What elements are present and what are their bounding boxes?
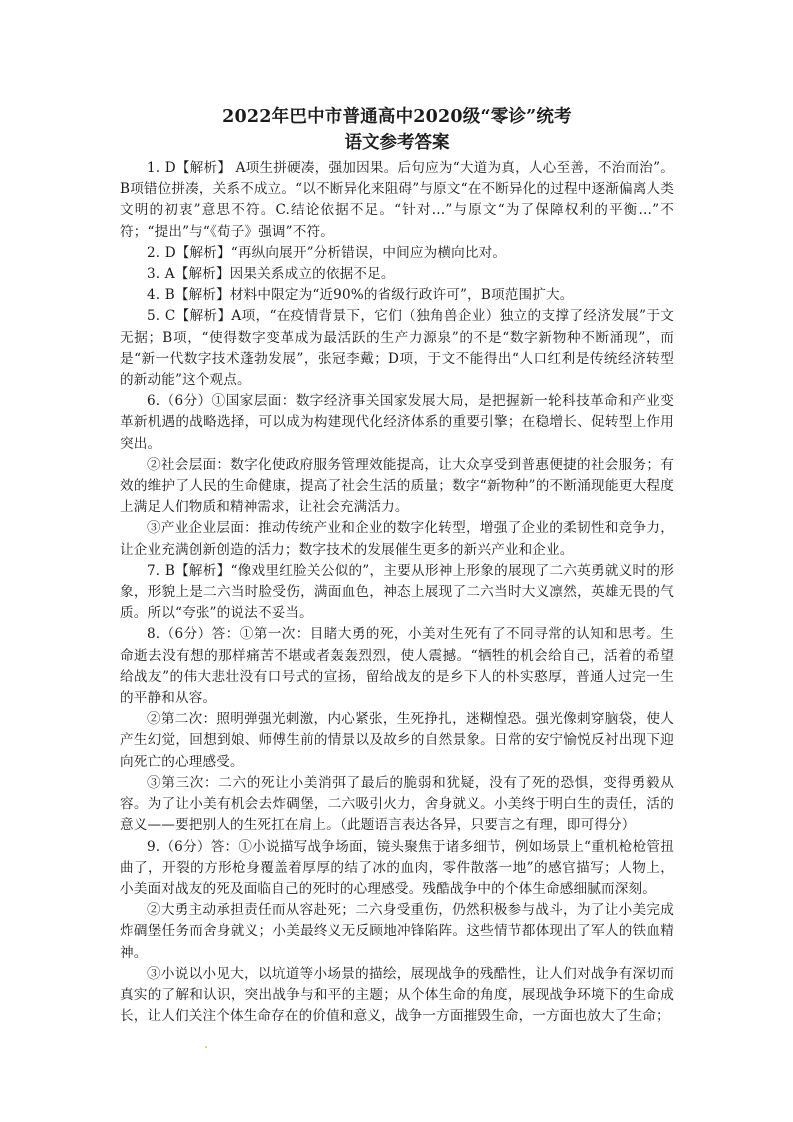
answer-item-6: 6.（6分）①国家层面：数字经济事关国家发展大局，是把握新一轮科技革命和产业变革… [120,391,674,561]
answer-paragraph: 6.（6分）①国家层面：数字经济事关国家发展大局，是把握新一轮科技革命和产业变革… [120,391,674,455]
document-title: 2022年巴中市普通高中2020级“零诊”统考 [120,104,674,130]
answer-document: 2022年巴中市普通高中2020级“零诊”统考 语文参考答案 1. D【解析】 … [120,104,674,1027]
answer-paragraph: 7. B【解析】“像戏里红脸关公似的”，主要从形神上形象的展现了二六英勇就义时的… [120,561,674,625]
answer-item-7: 7. B【解析】“像戏里红脸关公似的”，主要从形神上形象的展现了二六英勇就义时的… [120,561,674,625]
answer-paragraph: ②社会层面：数字化使政府服务管理效能提高，让大众享受到普惠便捷的社会服务；有效的… [120,455,674,519]
answer-item-5: 5. C【解析】A项，“在疫情背景下，它们（独角兽企业）独立的支撑了经济发展”于… [120,306,674,391]
answer-paragraph: ③产业企业层面：推动传统产业和企业的数字化转型，增强了企业的柔韧性和竞争力，让企… [120,518,674,560]
answer-paragraph: ③第三次：二六的死让小美消弭了最后的脆弱和犹疑，没有了死的恐惧，变得勇毅从容。为… [120,773,674,837]
scan-artifact [205,1046,207,1048]
answer-paragraph: ②第二次：照明弹强光刺激，内心紧张，生死挣扎，迷糊惶恐。强光像刺穿脑袋，使人产生… [120,709,674,773]
answer-item-3: 3. A【解析】因果关系成立的依据不足。 [120,264,674,285]
answer-item-8: 8.（6分）答：①第一次：目睹大勇的死，小美对生死有了不同寻常的认知和思考。生命… [120,624,674,836]
answer-paragraph: 9.（6分）答：①小说描写战争场面，镜头聚焦于诸多细节，例如场景上“重机枪枪管扭… [120,837,674,901]
answer-item-9: 9.（6分）答：①小说描写战争场面，镜头聚焦于诸多细节，例如场景上“重机枪枪管扭… [120,837,674,1028]
answer-paragraph: 3. A【解析】因果关系成立的依据不足。 [120,264,674,285]
answer-paragraph: 4. B【解析】材料中限定为“近90%的省级行政许可”，B项范围扩大。 [120,285,674,306]
answer-paragraph: 2. D【解析】“再纵向展开”分析错误，中间应为横向比对。 [120,243,674,264]
document-subtitle: 语文参考答案 [120,130,674,156]
answer-paragraph: ③小说以小见大，以坑道等小场景的描绘，展现战争的残酷性，让人们对战争有深切而真实… [120,964,674,1028]
answer-paragraph: 1. D【解析】 A项生拼硬凑，强加因果。后句应为“大道为真，人心至善，不治而治… [120,158,674,243]
answer-item-4: 4. B【解析】材料中限定为“近90%的省级行政许可”，B项范围扩大。 [120,285,674,306]
answer-paragraph: 5. C【解析】A项，“在疫情背景下，它们（独角兽企业）独立的支撑了经济发展”于… [120,306,674,391]
answer-item-2: 2. D【解析】“再纵向展开”分析错误，中间应为横向比对。 [120,243,674,264]
answer-paragraph: ②大勇主动承担责任而从容赴死；二六身受重伤，仍然积极参与战斗，为了让小美完成炸碉… [120,900,674,964]
answer-item-1: 1. D【解析】 A项生拼硬凑，强加因果。后句应为“大道为真，人心至善，不治而治… [120,158,674,243]
answer-paragraph: 8.（6分）答：①第一次：目睹大勇的死，小美对生死有了不同寻常的认知和思考。生命… [120,624,674,709]
